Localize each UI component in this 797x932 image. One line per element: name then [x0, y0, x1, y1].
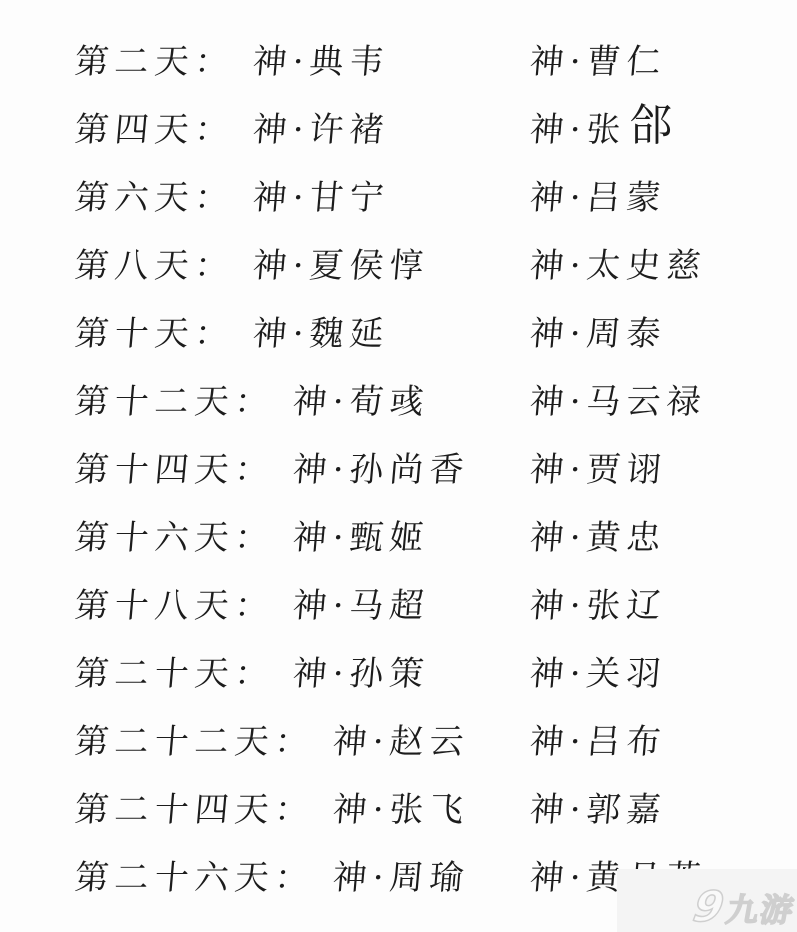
day-label: 第六天：: [73, 170, 237, 219]
right-hero-name: 神·周泰: [528, 306, 669, 355]
left-hero-name: 神·张飞: [331, 782, 472, 831]
left-entry: 第十六天： 神·甄姬: [75, 500, 430, 568]
left-entry: 第二天： 神·典韦: [75, 24, 390, 92]
right-hero-name: 神·太史慈: [528, 238, 709, 287]
left-hero-name: 神·赵云: [331, 714, 472, 763]
right-hero-name: 神·贾诩: [528, 442, 669, 491]
day-label: 第十六天：: [73, 510, 277, 559]
right-hero-name: 神·关羽: [528, 646, 669, 695]
right-entry: 神·关羽: [530, 636, 669, 704]
left-hero-name: 神·许褚: [251, 102, 392, 151]
right-hero-name: 神·吕布: [528, 714, 669, 763]
left-entry: 第四天： 神·许褚: [75, 92, 390, 160]
schedule-row: 第十二天： 神·荀彧 神·马云禄: [0, 364, 797, 432]
left-entry: 第十八天： 神·马超: [75, 568, 430, 636]
right-entry: 神·贾诩: [530, 432, 669, 500]
schedule-row: 第二十二天： 神·赵云 神·吕布: [0, 704, 797, 772]
right-hero-name: 神·张辽: [528, 578, 669, 627]
right-entry: 神·张 郃: [530, 92, 673, 160]
left-hero-name: 神·典韦: [251, 34, 392, 83]
right-hero-name: 神·吕蒙: [528, 170, 669, 219]
right-entry: 神·张辽: [530, 568, 669, 636]
right-hero-name: 神·黄忠: [528, 510, 669, 559]
schedule-row: 第六天： 神·甘宁 神·吕蒙: [0, 160, 797, 228]
left-entry: 第八天： 神·夏侯惇: [75, 228, 430, 296]
day-label: 第二天：: [73, 34, 237, 83]
schedule-row: 第十天： 神·魏延 神·周泰: [0, 296, 797, 364]
schedule-row: 第十六天： 神·甄姬 神·黄忠: [0, 500, 797, 568]
right-entry: 神·黄忠: [530, 500, 669, 568]
schedule-page: 第二天： 神·典韦 神·曹仁 第四天： 神·许褚 神·张 郃 第六天： 神·甘宁: [0, 0, 797, 932]
schedule-row: 第二十天： 神·孙策 神·关羽: [0, 636, 797, 704]
right-hero-name: 神·郭嘉: [528, 782, 669, 831]
left-entry: 第十二天： 神·荀彧: [75, 364, 430, 432]
left-hero-name: 神·夏侯惇: [251, 238, 432, 287]
right-entry: 神·曹仁: [530, 24, 669, 92]
day-label: 第二十四天：: [73, 782, 317, 831]
left-entry: 第二十二天： 神·赵云: [75, 704, 470, 772]
right-entry: 神·太史慈: [530, 228, 709, 296]
right-hero-name: 神·张: [528, 102, 629, 151]
day-label: 第二十二天：: [73, 714, 317, 763]
left-entry: 第二十六天： 神·周瑜: [75, 840, 470, 908]
left-hero-name: 神·马超: [291, 578, 432, 627]
schedule-row: 第二十四天： 神·张飞 神·郭嘉: [0, 772, 797, 840]
left-hero-name: 神·荀彧: [291, 374, 432, 423]
right-hero-name: 神·马云禄: [528, 374, 709, 423]
jiuyou-watermark: 9 九游: [690, 888, 797, 926]
schedule-row: 第二天： 神·典韦 神·曹仁: [0, 24, 797, 92]
left-entry: 第十四天： 神·孙尚香: [75, 432, 470, 500]
day-label: 第十二天：: [73, 374, 277, 423]
left-entry: 第六天： 神·甘宁: [75, 160, 390, 228]
left-hero-name: 神·孙策: [291, 646, 432, 695]
right-entry: 神·马云禄: [530, 364, 709, 432]
left-entry: 第十天： 神·魏延: [75, 296, 390, 364]
schedule-row: 第四天： 神·许褚 神·张 郃: [0, 92, 797, 160]
schedule-list: 第二天： 神·典韦 神·曹仁 第四天： 神·许褚 神·张 郃 第六天： 神·甘宁: [0, 24, 797, 908]
schedule-row: 第十八天： 神·马超 神·张辽: [0, 568, 797, 636]
day-label: 第二十六天：: [73, 850, 317, 899]
right-hero-name: 神·曹仁: [528, 34, 669, 83]
day-label: 第八天：: [73, 238, 237, 287]
left-entry: 第二十四天： 神·张飞: [75, 772, 470, 840]
schedule-row: 第八天： 神·夏侯惇 神·太史慈: [0, 228, 797, 296]
right-entry: 神·吕布: [530, 704, 669, 772]
left-hero-name: 神·周瑜: [331, 850, 472, 899]
left-hero-name: 神·孙尚香: [291, 442, 472, 491]
left-hero-name: 神·甄姬: [291, 510, 432, 559]
right-entry: 神·周泰: [530, 296, 669, 364]
left-entry: 第二十天： 神·孙策: [75, 636, 430, 704]
right-entry: 神·吕蒙: [530, 160, 669, 228]
left-hero-name: 神·魏延: [251, 306, 392, 355]
day-label: 第二十天：: [73, 646, 277, 695]
day-label: 第十天：: [73, 306, 237, 355]
jiuyou-9-logo-icon: 9: [690, 888, 726, 926]
day-label: 第十四天：: [73, 442, 277, 491]
day-label: 第四天：: [73, 102, 237, 151]
day-label: 第十八天：: [73, 578, 277, 627]
left-hero-name: 神·甘宁: [251, 170, 392, 219]
right-hero-name-plain-glyph: 郃: [629, 104, 673, 148]
right-entry: 神·郭嘉: [530, 772, 669, 840]
jiuyou-brand-text: 九游: [724, 894, 797, 926]
schedule-row: 第十四天： 神·孙尚香 神·贾诩: [0, 432, 797, 500]
